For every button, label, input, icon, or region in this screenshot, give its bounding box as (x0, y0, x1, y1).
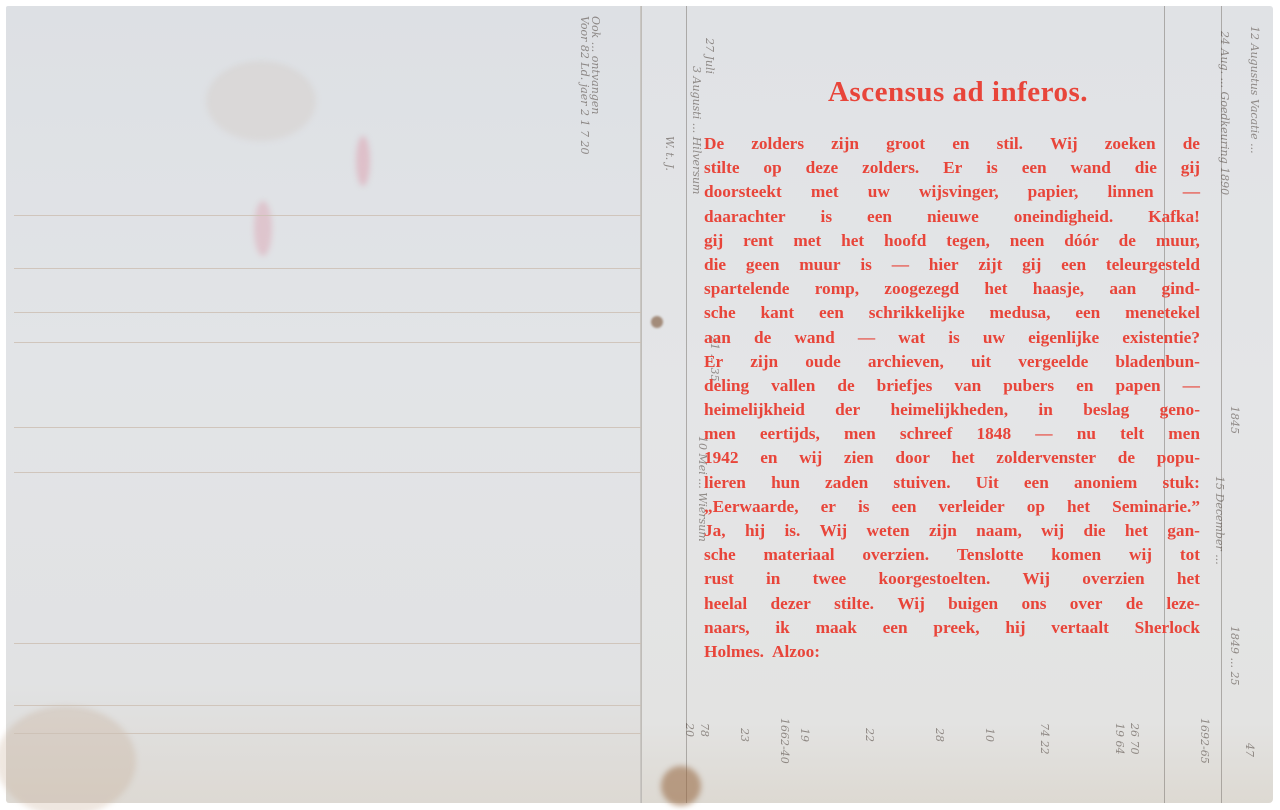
word: — (1183, 180, 1200, 204)
word: — (1183, 374, 1200, 398)
handwritten-note: Voor 82 Ld. jaer 2 1 7 20 (578, 16, 591, 154)
handwritten-figures: 20 (683, 723, 696, 737)
text-line: diegeenmuuris—hierzijtgijeenteleurgestel… (704, 253, 1200, 277)
word: ons (1021, 592, 1046, 616)
word: met (811, 180, 839, 204)
word: een (1024, 471, 1049, 495)
word: rent (743, 229, 773, 253)
text-line: lierenhunzadenstuiven.Uiteenanoniemstuk: (704, 471, 1200, 495)
word: dezer (771, 592, 811, 616)
word: buigen (948, 592, 998, 616)
word: het (1067, 495, 1090, 519)
word: heimelijkheden, (890, 398, 1008, 422)
text-line: heelaldezerstilte.Wijbuigenonsoverdeleze… (704, 592, 1200, 616)
text-line: spartelenderomp,zoogezegdhethaasje,aangi… (704, 277, 1200, 301)
word: wij (1129, 543, 1152, 567)
ruled-line (14, 342, 641, 343)
text-line: schemateriaaloverzien.Tenslottekomenwijt… (704, 543, 1200, 567)
word: daarachter (704, 205, 786, 229)
text-line: aandewand—watisuweigenlijkeexistentie? (704, 326, 1200, 350)
word: naars, (704, 616, 750, 640)
word: zien (844, 446, 874, 470)
word: geno- (1160, 398, 1200, 422)
word: archieven, (868, 350, 944, 374)
handwritten-note: 12 Augustus Vacatie ... (1248, 26, 1261, 154)
ruled-line (14, 472, 641, 473)
word: verleider (939, 495, 1005, 519)
word: — (892, 253, 909, 277)
word: gij (1181, 156, 1200, 180)
word: een (883, 616, 908, 640)
word: neen (1010, 229, 1045, 253)
word: wij (799, 446, 822, 470)
word: zoogezegd (884, 277, 959, 301)
word: stilte. (834, 592, 874, 616)
word: oneindigheid. (1014, 205, 1113, 229)
handwritten-figures: 19 64 (1113, 723, 1126, 755)
handwritten-figures: 23 (738, 728, 751, 742)
word: in (1038, 398, 1052, 422)
word: wij (1041, 519, 1064, 543)
word: anoniem (1074, 471, 1137, 495)
ruled-line (14, 705, 641, 706)
word: en (1076, 374, 1093, 398)
word: in (766, 567, 780, 591)
word: hij (1005, 616, 1025, 640)
word: hun (771, 471, 800, 495)
word: existentie? (1122, 326, 1200, 350)
word: een (1061, 253, 1086, 277)
text-line: daarachteriseennieuweoneindigheid.Kafka! (704, 205, 1200, 229)
word: muur, (1156, 229, 1200, 253)
word: Wij (897, 592, 925, 616)
word: papier, (1028, 180, 1079, 204)
word: Er (704, 350, 723, 374)
text-line: delingvallendebriefjesvanpubersenpapen— (704, 374, 1200, 398)
word: heimelijkheid (704, 398, 805, 422)
word: met (793, 229, 821, 253)
word: die (1135, 156, 1157, 180)
word: schrikkelijke (869, 301, 965, 325)
body-paragraph: Dezolderszijngrootenstil.Wijzoekendestil… (704, 132, 1200, 664)
word: vertaalt (1051, 616, 1109, 640)
word: oude (805, 350, 841, 374)
word: hij (745, 519, 765, 543)
word: gij (704, 229, 723, 253)
handwritten-note: 3 Augusti ... Hilversum (690, 66, 703, 195)
word: der (835, 398, 860, 422)
word: ik (775, 616, 789, 640)
handwritten-figures: 26 70 (1128, 723, 1141, 755)
word: is (948, 326, 960, 350)
word: Wij (820, 519, 848, 543)
word: telt (1120, 422, 1144, 446)
word: nu (1077, 422, 1096, 446)
word: zaden (825, 471, 868, 495)
word: wat (898, 326, 925, 350)
text-line: Ja,hijis.Wijwetenzijnnaam,wijdiehetgan- (704, 519, 1200, 543)
word: men (704, 422, 736, 446)
column-rule (686, 6, 687, 803)
ruled-line (14, 643, 641, 644)
word: pubers (1003, 374, 1054, 398)
word: zijt (978, 253, 1002, 277)
word: zoldervenster (996, 446, 1096, 470)
word: stuiven. (893, 471, 950, 495)
ruled-line (14, 268, 641, 269)
word: is (986, 156, 998, 180)
word: Alzoo: (772, 640, 820, 664)
word: eigenlijke (1028, 326, 1099, 350)
word: is (860, 253, 872, 277)
handwritten-note: 15 December ... (1213, 476, 1226, 565)
word: deling (704, 374, 749, 398)
word: — (1035, 422, 1052, 446)
word: aan (1109, 277, 1136, 301)
word: het (841, 229, 864, 253)
word: maak (816, 616, 857, 640)
word: wijsvinger, (919, 180, 999, 204)
word: is (821, 205, 833, 229)
word: Kafka! (1148, 205, 1200, 229)
text-line: Dezolderszijngrootenstil.Wijzoekende (704, 132, 1200, 156)
word: gij (1022, 253, 1041, 277)
word: gan- (1167, 519, 1200, 543)
handwritten-figures: 47 (1243, 743, 1256, 757)
word: bladenbun- (1115, 350, 1200, 374)
word: de (754, 326, 771, 350)
word: spartelende (704, 277, 789, 301)
handwritten-note: 27 Juli (703, 38, 716, 74)
handwritten-figures: 1662-40 (778, 718, 791, 764)
left-page: Ook ... ontvangen Voor 82 Ld. jaer 2 1 7… (6, 6, 641, 803)
pink-mark (356, 136, 370, 186)
word: medusa, (990, 301, 1051, 325)
word: en (952, 132, 969, 156)
word: stuk: (1162, 471, 1199, 495)
corner-stain (0, 706, 136, 810)
word: uit (971, 350, 991, 374)
word: De (704, 132, 724, 156)
word: Sherlock (1135, 616, 1200, 640)
word: teleurgesteld (1106, 253, 1200, 277)
age-stain (206, 61, 316, 141)
word: zoeken (1105, 132, 1156, 156)
pink-mark (254, 201, 272, 256)
word: hier (929, 253, 959, 277)
handwritten-figures: 28 (933, 728, 946, 742)
word: menetekel (1125, 301, 1200, 325)
word: 1848 (977, 422, 1012, 446)
ruled-line (14, 215, 641, 216)
word: eertijds, (760, 422, 820, 446)
word: men (844, 422, 876, 446)
word: sche (704, 543, 736, 567)
word: — (858, 326, 875, 350)
bottom-figures: 1662-40 1692-65 74 22 26 70 19 64 20 78 … (671, 718, 1261, 798)
word: doorsteekt (704, 180, 782, 204)
word: overzien (1082, 567, 1144, 591)
word: die (704, 253, 726, 277)
word: komen (1051, 543, 1101, 567)
word: aan (704, 326, 731, 350)
word: muur (799, 253, 840, 277)
word: een (867, 205, 892, 229)
handwritten-figures: 74 22 (1038, 723, 1051, 755)
word: door (895, 446, 930, 470)
word: is. (784, 519, 800, 543)
ruled-line (14, 733, 641, 734)
text-line: meneertijds,menschreef1848—nuteltmen (704, 422, 1200, 446)
ink-spot (651, 316, 663, 328)
word: „Eerwaarde, (704, 495, 799, 519)
word: en (760, 446, 777, 470)
word: hoofd (884, 229, 926, 253)
handwritten-note: 24 Aug. ... Goedkeuring 1890 (1218, 31, 1231, 195)
word: vergeelde (1018, 350, 1088, 374)
word: stilte (704, 156, 740, 180)
word: Ja, (704, 519, 726, 543)
printed-text-block: Ascensus ad inferos. Dezolderszijngroote… (704, 72, 1200, 664)
handwritten-figures: 10 (983, 728, 996, 742)
word: briefjes (877, 374, 933, 398)
word: lieren (704, 471, 746, 495)
word: de (1183, 132, 1200, 156)
word: de (1119, 229, 1136, 253)
word: het (1125, 519, 1148, 543)
word: wand (1071, 156, 1111, 180)
word: weten (866, 519, 909, 543)
word: uw (868, 180, 890, 204)
text-line: 1942enwijziendoorhetzoldervensterdepopu- (704, 446, 1200, 470)
text-line: Erzijnoudearchieven,uitvergeeldebladenbu… (704, 350, 1200, 374)
handwritten-figures: 1692-65 (1198, 718, 1211, 764)
word: een (1022, 156, 1047, 180)
word: de (1126, 592, 1143, 616)
word: zolders. (862, 156, 919, 180)
word: tegen, (946, 229, 990, 253)
word: beslag (1083, 398, 1129, 422)
text-line: gijrentmethethoofdtegen,neendóórdemuur, (704, 229, 1200, 253)
word: preek, (933, 616, 979, 640)
document-spread: Ook ... ontvangen Voor 82 Ld. jaer 2 1 7… (0, 0, 1280, 810)
word: op (1027, 495, 1045, 519)
handwritten-note: 1845 (1228, 406, 1241, 434)
word: zijn (750, 350, 778, 374)
word: popu- (1157, 446, 1200, 470)
word: een (1075, 301, 1100, 325)
word: Uit (976, 471, 999, 495)
text-line: doorsteektmetuwwijsvinger,papier,linnen— (704, 180, 1200, 204)
text-line: „Eerwaarde,eriseenverleiderophetSeminari… (704, 495, 1200, 519)
word: Tenslotte (957, 543, 1024, 567)
word: schreef (900, 422, 952, 446)
document-title: Ascensus ad inferos. (716, 72, 1200, 112)
ruled-line (14, 427, 641, 428)
word: uw (983, 326, 1005, 350)
word: de (1118, 446, 1135, 470)
word: sche (704, 301, 736, 325)
word: stil. (997, 132, 1023, 156)
word: wand (794, 326, 834, 350)
word: Holmes. (704, 640, 764, 664)
word: materiaal (764, 543, 835, 567)
word: over (1070, 592, 1103, 616)
word: zijn (831, 132, 859, 156)
word: is (858, 495, 870, 519)
word: tot (1180, 543, 1200, 567)
word: dóór (1064, 229, 1099, 253)
word: het (952, 446, 975, 470)
word: Wij (1050, 132, 1078, 156)
text-line: rustintweekoorgestoelten.Wijoverzienhet (704, 567, 1200, 591)
text-line: heimelijkheidderheimelijkheden,inbeslagg… (704, 398, 1200, 422)
word: kant (761, 301, 795, 325)
text-line: naars,ikmaakeenpreek,hijvertaaltSherlock (704, 616, 1200, 640)
word: romp, (815, 277, 859, 301)
word: Seminarie.” (1112, 495, 1200, 519)
word: heelal (704, 592, 747, 616)
word: Wij (1023, 567, 1051, 591)
text-line: Holmes.Alzoo: (704, 640, 1200, 664)
text-line: schekanteenschrikkelijkemedusa,eenmenete… (704, 301, 1200, 325)
word: Er (943, 156, 962, 180)
word: naam, (976, 519, 1022, 543)
word: gind- (1162, 277, 1200, 301)
word: deze (806, 156, 839, 180)
word: koorgestoelten. (878, 567, 990, 591)
word: geen (746, 253, 780, 277)
handwritten-note: 1849 ... 25 (1228, 626, 1241, 685)
word: er (821, 495, 836, 519)
handwritten-figures: 19 (798, 728, 811, 742)
word: groot (886, 132, 925, 156)
word: op (763, 156, 781, 180)
handwritten-figures: 78 (698, 723, 711, 737)
word: leze- (1166, 592, 1200, 616)
word: haasje, (1033, 277, 1084, 301)
word: 1942 (704, 446, 739, 470)
word: het (1177, 567, 1200, 591)
word: het (984, 277, 1007, 301)
word: overzien. (862, 543, 929, 567)
word: zijn (929, 519, 957, 543)
word: twee (813, 567, 847, 591)
text-line: stilteopdezezolders.Eriseenwanddiegij (704, 156, 1200, 180)
word: van (954, 374, 981, 398)
word: nieuwe (927, 205, 979, 229)
word: een (819, 301, 844, 325)
word: men (1168, 422, 1200, 446)
word: rust (704, 567, 734, 591)
word: papen (1115, 374, 1160, 398)
word: die (1083, 519, 1105, 543)
word: zolders (751, 132, 804, 156)
word: vallen (771, 374, 815, 398)
handwritten-figures: 22 (863, 728, 876, 742)
handwritten-note: W. t. J. (663, 136, 676, 171)
word: een (892, 495, 917, 519)
ruled-line (14, 312, 641, 313)
word: linnen (1108, 180, 1154, 204)
word: de (837, 374, 854, 398)
